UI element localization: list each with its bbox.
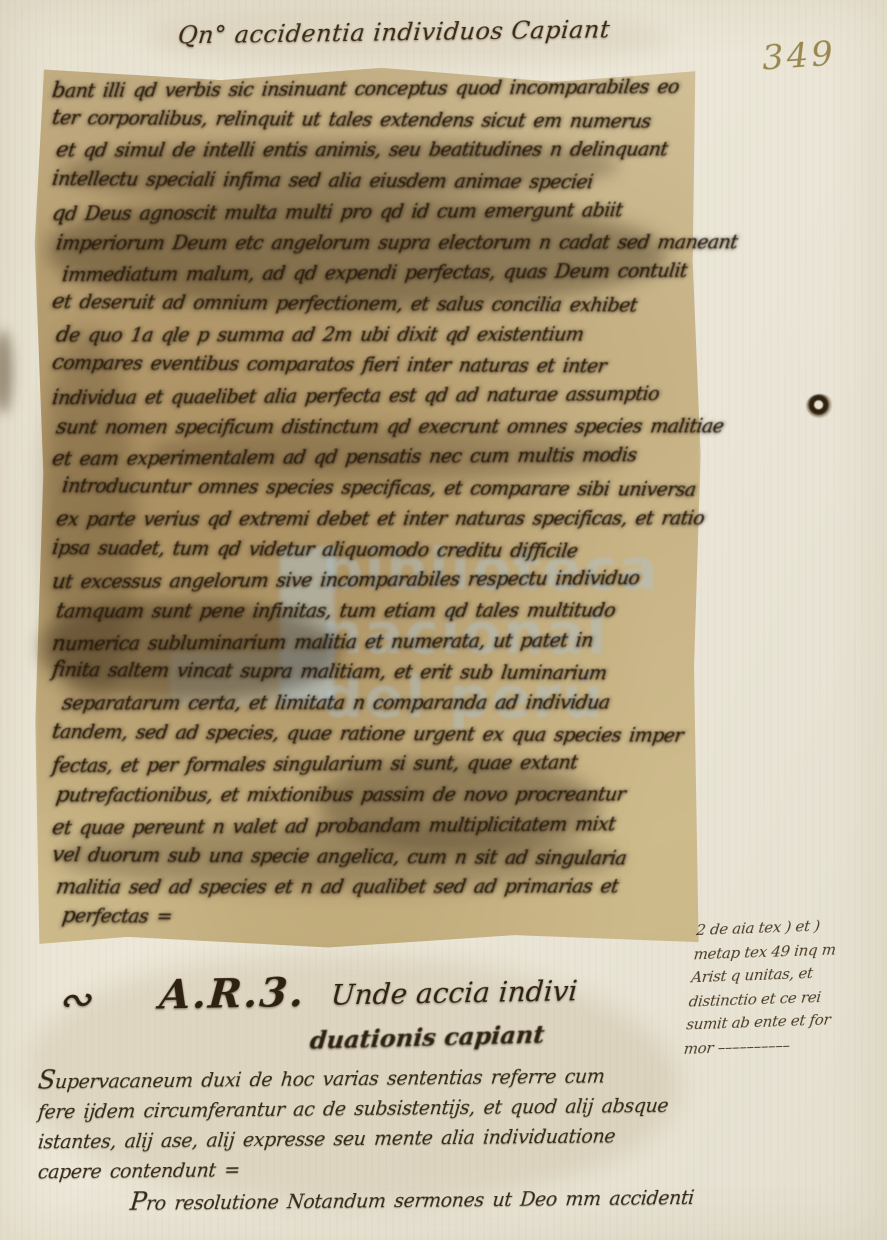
article-number: A.R.3. — [158, 969, 307, 1019]
manuscript-line: bant illi qd verbis sic insinuant concep… — [50, 72, 699, 107]
manuscript-line: fectas, et per formales singularium si s… — [50, 747, 699, 782]
manuscript-line: vel duorum sub una specie angelica, cum … — [50, 840, 699, 875]
manuscript-line: separatarum certa, et limitata n compara… — [60, 688, 699, 720]
article-heading: ∾ A.R.3. Unde accia indivi duationis cap… — [58, 968, 678, 1050]
manuscript-line: malitia sed ad species et n ad qualibet … — [54, 872, 699, 904]
page-edge-smudge — [0, 330, 12, 414]
manuscript-line: putrefactionibus, et mixtionibus passim … — [54, 780, 699, 812]
manuscript-line: et eam experimentalem ad qd pensatis nec… — [50, 440, 699, 475]
manuscript-line: perfectas = — [60, 901, 699, 936]
manuscript-line: intellectu speciali infima sed alia eius… — [50, 164, 699, 199]
manuscript-line: individua et quaelibet alia perfecta est… — [50, 379, 699, 414]
article-heading-line1: ∾ A.R.3. Unde accia indivi — [56, 963, 679, 1021]
marginal-note: 2 de aia tex ) et ) metap tex 49 inq m A… — [683, 912, 887, 1060]
running-header: Qn° accidentia individuos Capiant — [177, 14, 680, 49]
manuscript-line: compares eventibus comparatos fieri inte… — [50, 348, 699, 383]
manuscript-line: ter corporalibus, relinquit ut tales ext… — [50, 103, 699, 138]
article-title: Unde accia indivi — [330, 971, 579, 1015]
wormhole-mark — [806, 394, 834, 418]
manuscript-line: ut excessus angelorum sive incomparabile… — [50, 563, 699, 598]
flourish-mark: ∾ — [56, 980, 92, 1021]
manuscript-line: ipsa suadet, tum qd videtur aliquomodo c… — [50, 533, 699, 568]
manuscript-line: introducuntur omnes species specificas, … — [60, 471, 699, 506]
manuscript-line: qd Deus agnoscit multa multi pro qd id c… — [50, 195, 699, 230]
paragraph-line: Pro resolutione Notandum sermones ut Deo… — [129, 1181, 690, 1219]
closing-paragraph: Supervacaneum duxi de hoc varias sentent… — [38, 1062, 688, 1216]
manuscript-line: de quo 1a qle p summa ad 2m ubi dixit qd… — [54, 319, 699, 351]
manuscript-line: numerica subluminarium malitia et numera… — [50, 624, 699, 659]
manuscript-line: ex parte verius qd extremi debet et inte… — [54, 503, 699, 535]
manuscript-line: tamquam sunt pene infinitas, tum etiam q… — [54, 595, 699, 627]
manuscript-line: et deseruit ad omnium perfectionem, et s… — [50, 287, 699, 322]
manuscript-line: sunt nomen specificum distinctum qd exec… — [54, 411, 699, 443]
manuscript-line: finita saltem vincat supra malitiam, et … — [50, 655, 699, 690]
manuscript-line: et qd simul de intelli entis animis, seu… — [54, 135, 699, 167]
manuscript-text-block: bant illi qd verbis sic insinuant concep… — [52, 74, 697, 934]
manuscript-line: tandem, sed ad species, quae ratione urg… — [50, 717, 699, 752]
manuscript-page-scan: biblioteca nacional del perú Qn° acciden… — [0, 0, 887, 1240]
article-heading-line2: duationis capiant — [309, 1016, 680, 1055]
manuscript-line: immediatum malum, ad qd expendi perfecta… — [60, 256, 699, 291]
folio-number: 349 — [761, 33, 838, 78]
manuscript-line: et quae pereunt n valet ad probandam mul… — [50, 809, 699, 844]
manuscript-line: imperiorum Deum etc angelorum supra elec… — [54, 227, 699, 259]
